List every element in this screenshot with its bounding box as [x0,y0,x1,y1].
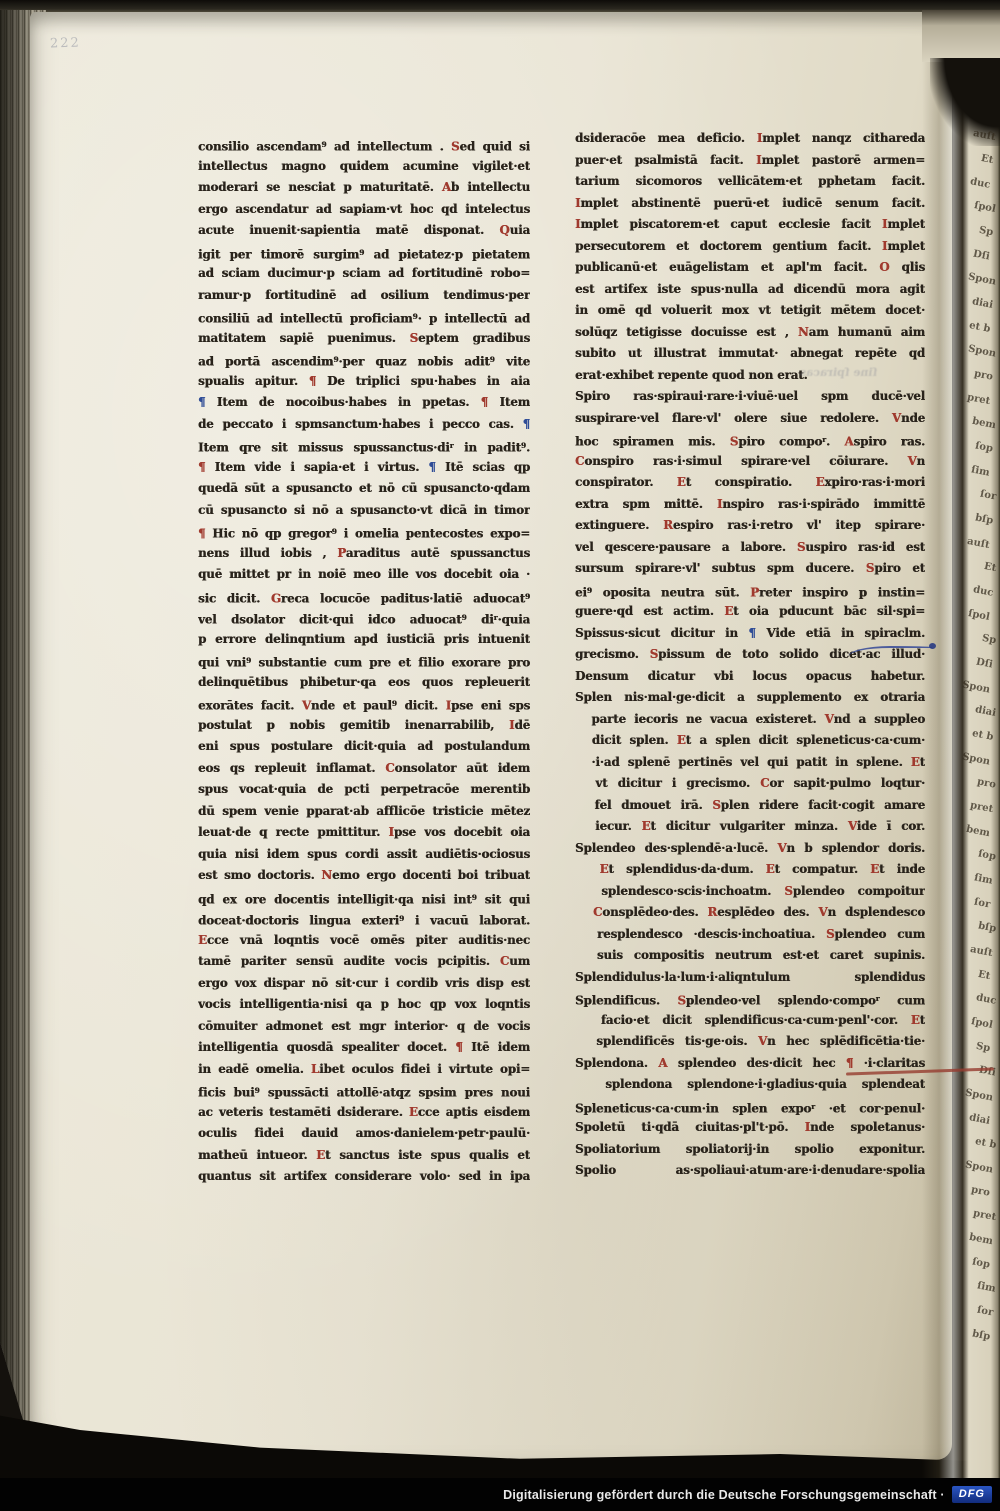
text-line: iecur. Et dicitur vulgariter minza. Vide… [575,816,925,838]
text-line: est smo doctoris. Nemo ergo docenti boi … [198,865,530,887]
edge-fragment: ſor [979,489,997,503]
text-line: ficis bui9 spussācti attollē·atqz spsim … [198,1080,530,1102]
edge-fragment: Sp [978,225,994,239]
text-line: subito ut illustrat immutat· abnegat rep… [575,343,925,365]
edge-fragment: ſpol [967,608,990,623]
text-line: conspirator. Et conspiratio. Expiro·ras·… [575,472,925,494]
text-line: Implet abstinentē puerū·et iudicē senum … [575,193,925,215]
text-line: qd ex ore docentis intelligit·qa nisi in… [198,887,530,909]
edge-fragment: pro [976,776,997,790]
edge-fragment: et b [974,1136,997,1151]
text-line: matheū intueor. Et sanctus iste spus qua… [198,1145,530,1167]
text-line: ¶ Item de nocoibus·habes in ppetas. ¶ It… [198,392,530,414]
text-line: spus vocat·quia de pcti perpetracōe mere… [198,779,530,801]
text-line: quantus sit artifex considerare volo· se… [198,1166,530,1188]
edge-fragment: ſop [971,1256,991,1270]
edge-fragment: pret [969,800,994,815]
text-line: parte iecoris ne vacua existeret. Vnd a … [575,709,925,731]
edge-fragment: Et [977,969,991,982]
edge-fragment: diai [974,704,997,719]
edge-fragment: et b [968,320,991,335]
text-line: Item qre sit missus spussanctus·dir in p… [198,435,530,457]
edge-fragment: auſt [972,128,996,143]
edge-fragment: Spon [961,679,991,695]
text-line: igit per timorē surgim9 ad pietatez·p pi… [198,242,530,264]
edge-fragment: ſor [973,897,991,911]
edge-fragment: ſim [976,1280,996,1294]
edge-fragment: ſpol [973,200,996,215]
text-line: quē mittet pr in noiē meo ille vos doceb… [198,564,530,586]
edge-fragment: Spon [961,751,991,767]
text-line: suis compositis neutrum est·et caret sup… [575,945,925,967]
text-line: fel dmouet irā. Splen ridere facit·cogit… [575,795,925,817]
text-line: oculis fidei dauid amos·danielem·petr·pa… [198,1123,530,1145]
text-line: resplendesco ·descis·inchoatiua. Splende… [575,924,925,946]
text-line: tarium sicomoros vellicātem·et pphetam f… [575,171,925,193]
edge-fragment: pro [970,1184,991,1198]
edge-fragment: diai [968,1112,991,1127]
text-line: publicanū·et euāgelistam et apl'm facit.… [575,257,925,279]
text-line: in omē qd voluerit mox vt tetigit mētem … [575,300,925,322]
page-curl-right: auſtEtducſpolSpDſiSpondiaiet bSponpropre… [922,10,1000,1478]
edge-fragment: bſp [971,1328,991,1342]
text-line: postulat p nobis gemitib inenarrabilib, … [198,715,530,737]
text-line: Spissus·sicut dicitur in ¶ Vide etiā in … [575,623,925,645]
scanned-book-page: 222 consilio ascendam9 ad intellectum . … [0,0,1000,1511]
text-line: Spoletū ti·qdā ciuitas·pl't·pō. Inde spo… [575,1117,925,1139]
text-line: in eadē omelia. Libet oculos fidei i vir… [198,1059,530,1081]
text-line: dū spem venie pparat·ab afflicōe tristic… [198,801,530,823]
text-line: ergo ascendatur ad sapiam·vt hoc qd inte… [198,199,530,221]
edge-fragment: Dſi [972,249,991,263]
text-line: tamē pariter sensū audite vocis pcipitis… [198,951,530,973]
text-line: Densum dicatur vbi locus opacus habetur. [575,666,925,688]
text-line: extra spm mittē. Inspiro ras·i·spirādo i… [575,494,925,516]
text-line: sic dicit. Greca locucōe paditus·latiē a… [198,586,530,608]
next-page-text-fragments: auſtEtducſpolSpDſiSpondiaiet bSponpropre… [922,10,1000,1478]
text-line: hoc spiramen mis. Spiro compor. Aspiro r… [575,429,925,451]
edge-fragment: duc [975,992,997,1007]
edge-fragment: bem [968,1232,994,1247]
text-line: ¶ Item vide i sapia·et i virtus. ¶ Itē s… [198,457,530,479]
edge-fragment: auſt [969,944,993,959]
text-line: intelligentia quosdā spealiter docet. ¶ … [198,1037,530,1059]
text-line: consiliū ad intellectū proficiam9· p int… [198,306,530,328]
text-line: ad sciam ducimur·p sciam ad fortitudinē … [198,263,530,285]
edge-fragment: Dſi [978,1065,997,1079]
text-line: Splendeo des·splendē·a·lucē. Vn b splend… [575,838,925,860]
text-line: ad portā ascendim9·per quaz nobis adit9 … [198,349,530,371]
edge-fragment: duc [972,584,994,599]
edge-fragment: bſp [974,512,994,526]
edge-fragment: ſim [970,464,990,478]
text-line: qui vni9 substantie cum pre et filio exo… [198,650,530,672]
edge-fragment: ſop [974,440,994,454]
edge-fragment: ſpol [970,1016,993,1031]
text-line: Spolio as·spoliaui·atum·are·i·denudare·s… [575,1160,925,1182]
text-line: solūqz tetigisse docuisse est , Nam huma… [575,322,925,344]
text-line: dicit splen. Et a splen dicit spleneticu… [575,730,925,752]
text-line: Ecce vnā loqntis vocē omēs piter auditis… [198,930,530,952]
text-line: extinguere. Respiro ras·i·retro vl' itep… [575,515,925,537]
text-line: ¶ Hic nō qp gregor9 i omelia pentecostes… [198,521,530,543]
text-line: puer·et psalmistā facit. Implet pastorē … [575,150,925,172]
edge-fragment: ſop [977,848,997,862]
text-line: p errore delinqntium apd iusticiā pris i… [198,629,530,651]
edge-fragment: Dſi [975,657,994,671]
edge-fragment: ſor [976,1305,994,1319]
text-line: Implet piscatorem·et caput ecclesie faci… [575,214,925,236]
edge-fragment: Et [980,153,994,166]
edge-fragment: duc [969,176,991,191]
text-line: facio·et dicit splendificus·ca·cum·penl'… [575,1010,925,1032]
text-line: Spiro ras·spiraui·rare·i·viuē·uel spm du… [575,386,925,408]
edge-fragment: Spon [967,343,997,359]
text-line: doceat·doctoris lingua exteri9 i vacuū l… [198,908,530,930]
text-line: dsideracōe mea deficio. Implet nanqz cit… [575,128,925,150]
text-line: eos qs repleuit inflamat. Consolator aūt… [198,758,530,780]
text-line: Spleneticus·ca·cum·in splen expor ·et co… [575,1096,925,1118]
text-line: exorātes facit. Vnde et paul9 dicit. Ips… [198,693,530,715]
text-line: vel qescere·pausare a labore. Suspiro ra… [575,537,925,559]
text-line: ergo vox dispar nō sit·cur i cordib vris… [198,973,530,995]
text-line: cōmuiter admonet est mgr interior· q de … [198,1016,530,1038]
text-line: vocis intelligentia·nisi qa p hoc qp vox… [198,994,530,1016]
text-line: ei9 oposita neutra sūt. Preter inspiro p… [575,580,925,602]
digitization-footer: Digitalisierung gefördert durch die Deut… [0,1478,1000,1511]
text-line: cū spusancto si nō a spusancto·vt dicā i… [198,500,530,522]
edge-fragment: diai [971,296,994,311]
text-line: acute inuenit·sapientia matē disponat. Q… [198,220,530,242]
edge-fragment: Sp [975,1041,991,1055]
edge-fragment: bſp [977,920,997,934]
text-line: Consplēdeo·des. Resplēdeo des. Vn dsplen… [575,902,925,924]
text-line: moderari se nesciat p maturitatē. Ab int… [198,177,530,199]
text-line: est artifex iste spus·nulla ad dicendū m… [575,279,925,301]
text-line: ac veteris testamēti dsiderare. Ecce apt… [198,1102,530,1124]
edge-fragment: pret [972,1208,997,1223]
edge-fragment: pro [973,368,994,382]
pencil-foliation-mark: 222 [50,35,81,51]
text-line: vt dicitur i grecismo. Cor sapit·pulmo l… [575,773,925,795]
text-line: ·i·ad splenē pertinēs vel qui patit in s… [575,752,925,774]
show-through-text: ſine ſpiracas [799,366,878,379]
text-line: Splendidulus·la·lum·i·aliqntulum splendi… [575,967,925,989]
text-line: spualis apitur. ¶ De triplici spu·habes … [198,371,530,393]
text-line: quedā sūt a spusancto et nō cū spusancto… [198,478,530,500]
edge-fragment: bem [971,416,997,431]
edge-fragment: pret [966,392,991,407]
digitization-credit: Digitalisierung gefördert durch die Deut… [503,1488,945,1502]
text-line: vel dsolator dicit·qui idco aduocat9 dir… [198,607,530,629]
text-line: Splendificus. Splendeo·vel splendo·compo… [575,988,925,1010]
edge-fragment: Spon [964,1159,994,1175]
text-line: consilio ascendam9 ad intellectum . Sed … [198,134,530,156]
text-line: Et splendidus·da·dum. Et compatur. Et in… [575,859,925,881]
parchment-page: 222 consilio ascendam9 ad intellectum . … [30,12,952,1460]
text-line: quia nisi idem spus cordi assit audiētis… [198,844,530,866]
text-line: nens illud iobis , Paraditus autē spussa… [198,543,530,565]
edge-fragment: Sp [981,633,997,647]
text-line: guere·qd est actim. Et oia pducunt bāc s… [575,601,925,623]
edge-fragment: auſt [966,536,990,551]
edge-fragment: Et [983,561,997,574]
edge-fragment: Spon [967,271,997,287]
text-line: sursum spirare·vl' subtus spm ducere. Sp… [575,558,925,580]
text-line: splendona splendone·i·gladius·quia splen… [575,1074,925,1096]
text-column-left: consilio ascendam9 ad intellectum . Sed … [198,134,530,1188]
edge-fragment: Spon [964,1087,994,1103]
text-line: suspirare·vel flare·vl' olere siue redol… [575,408,925,430]
text-line: matitatem sapiē puenimus. Septem gradibu… [198,328,530,350]
text-line: persecutorem et doctorem gentium facit. … [575,236,925,258]
text-line: de peccato i spmsanctum·habes i pecco ca… [198,414,530,436]
edge-fragment: et b [971,728,994,743]
text-line: delinquētibus phibetur·qa eos quos reple… [198,672,530,694]
text-line: eni spus postulare dicit·quia ad postula… [198,736,530,758]
text-line: Spoliatorium spoliatorij·in spolio expon… [575,1139,925,1161]
text-line: splendesco·scis·inchoatm. Splendeo compo… [575,881,925,903]
text-line: Splen nis·mal·ge·dicit a supplemento ex … [575,687,925,709]
text-line: ramur·p fortitudinē ad osilium tendimus·… [198,285,530,307]
edge-fragment: ſim [973,872,993,886]
text-line: leuat·de q recte pmittitur. Ipse vos doc… [198,822,530,844]
text-line: intellectus magno quidem acumine vigilet… [198,156,530,178]
dfg-logo: DFG [952,1486,992,1503]
edge-fragment: bem [965,824,991,839]
text-line: splendificēs tis·ge·ois. Vn hec splēdifi… [575,1031,925,1053]
text-line: Conspiro ras·i·simul spirare·vel cōiurar… [575,451,925,473]
